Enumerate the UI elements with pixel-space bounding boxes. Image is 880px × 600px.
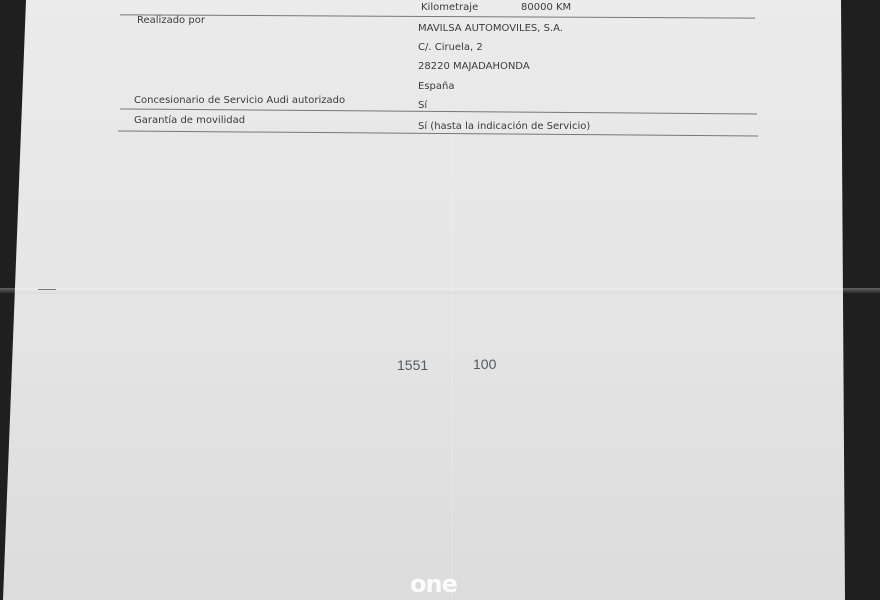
dealer-city: 28220 MAJADAHONDA: [418, 61, 530, 72]
paper-fold-horizontal: [0, 288, 880, 294]
dealer-street: C/. Ciruela, 2: [418, 42, 483, 53]
mobility-guarantee-value: Sí (hasta la indicación de Servicio): [418, 121, 590, 132]
authorized-dealer-value: Sí: [418, 100, 427, 111]
authorized-dealer-label: Concesionario de Servicio Audi autorizad…: [134, 95, 345, 106]
number-right: 100: [473, 356, 496, 372]
dealer-name: MAVILSA AUTOMOVILES, S.A.: [418, 23, 563, 34]
dealer-country: España: [418, 81, 454, 92]
number-left: 1551: [397, 357, 428, 373]
watermark-logo: one: [410, 570, 457, 598]
mileage-value: 80000 KM: [521, 2, 571, 13]
performed-by-label: Realizado por: [137, 15, 205, 26]
paper-fold-vertical: [450, 130, 452, 600]
mobility-guarantee-label: Garantía de movilidad: [134, 115, 245, 126]
stray-mark: [38, 289, 56, 290]
mileage-label: Kilometraje: [421, 2, 478, 13]
